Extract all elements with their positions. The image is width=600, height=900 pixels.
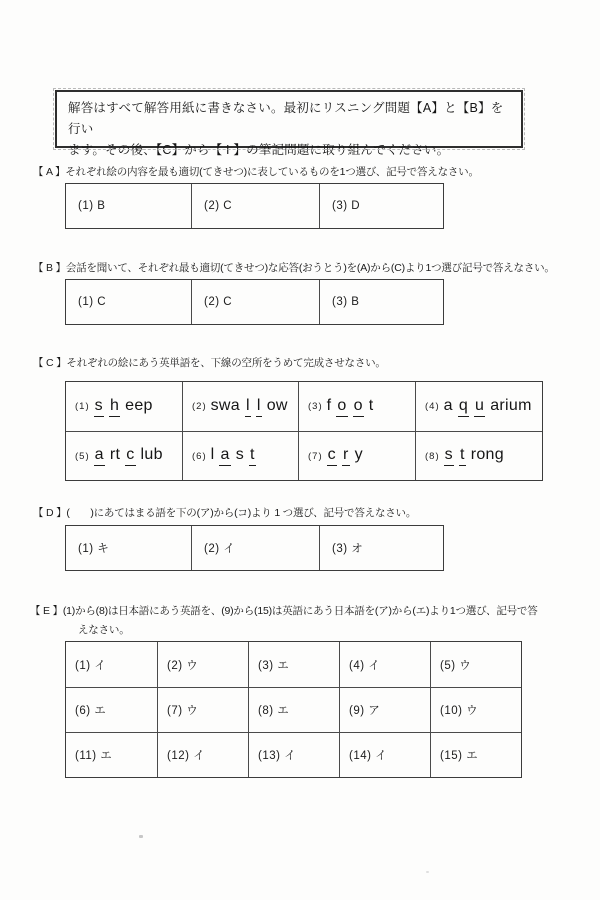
table-cell: (11) エ	[66, 732, 157, 777]
answer-table-e: (1) イ (2) ウ (3) エ (4) イ (5) ウ (6) エ (7) …	[65, 641, 522, 778]
filled-blank-letter: l	[256, 397, 262, 417]
table-cell: (1)sheep	[66, 382, 182, 431]
table-cell: (3) オ	[319, 526, 443, 570]
table-cell: (4) イ	[339, 642, 430, 687]
table-cell: (3) D	[319, 184, 443, 228]
word-fragment: swa	[211, 397, 240, 415]
answer-table-b: (1) C (2) C (3) B	[65, 279, 444, 325]
table-cell: (1) キ	[66, 526, 191, 570]
filled-blank-letter: c	[327, 446, 337, 466]
word-fragment: rt	[110, 446, 120, 464]
section-b-heading: 【 B 】会話を聞いて、それぞれ最も適切(てきせつ)な応答(おうとう)を(A)か…	[33, 260, 555, 275]
table-cell: (1) イ	[66, 642, 157, 687]
table-cell: (1) C	[66, 280, 191, 324]
table-cell: (5) ウ	[430, 642, 521, 687]
filled-blank-letter: t	[459, 446, 466, 466]
table-cell: (3)foot	[298, 382, 415, 431]
word-fragment: t	[369, 397, 374, 415]
section-e-heading-line2: えなさい。	[30, 621, 538, 640]
scanned-answer-sheet: 解答はすべて解答用紙に書きなさい。最初にリスニング問題【A】と【B】を行い ます…	[0, 0, 600, 900]
section-a-heading: 【 A 】それぞれ絵の内容を最も適切(てきせつ)に表しているものを1つ選び、記号…	[33, 164, 479, 179]
answer-word: foot	[327, 397, 374, 417]
word-fragment: y	[355, 446, 363, 464]
filled-blank-letter: s	[94, 397, 104, 417]
table-cell: (8) エ	[248, 687, 339, 732]
answer-word: last	[211, 446, 256, 466]
table-cell: (13) イ	[248, 732, 339, 777]
section-e-heading: 【 E 】(1)から(8)は日本語にあう英語を、(9)から(15)は英語にあう日…	[30, 602, 538, 640]
cell-number: (4)	[425, 401, 440, 412]
table-cell: (2)swallow	[182, 382, 298, 431]
answer-table-c: (1)sheep (2)swallow (3)foot (4)aquarium …	[65, 381, 543, 481]
table-cell: (12) イ	[157, 732, 248, 777]
word-fragment: f	[327, 397, 332, 415]
answer-table-a: (1) B (2) C (3) D	[65, 183, 444, 229]
table-cell: (2) ウ	[157, 642, 248, 687]
table-cell: (3) B	[319, 280, 443, 324]
cell-number: (5)	[75, 451, 90, 462]
table-cell: (7) ウ	[157, 687, 248, 732]
filled-blank-letter: a	[94, 446, 105, 466]
answer-word: strong	[444, 446, 504, 466]
section-e-heading-line1: 【 E 】(1)から(8)は日本語にあう英語を、(9)から(15)は英語にあう日…	[30, 605, 538, 617]
table-cell: (2) C	[191, 184, 319, 228]
table-cell: (14) イ	[339, 732, 430, 777]
answer-table-d: (1) キ (2) イ (3) オ	[65, 525, 444, 571]
table-cell: (15) エ	[430, 732, 521, 777]
table-cell: (5)artclub	[66, 431, 182, 480]
answer-word: cry	[327, 446, 363, 466]
cell-number: (6)	[192, 451, 207, 462]
table-cell: (3) エ	[248, 642, 339, 687]
filled-blank-letter: h	[109, 397, 120, 417]
table-cell: (9) ア	[339, 687, 430, 732]
notice-line-2: ます。その後、【C】から【 I 】の筆記問題に取り組んでください。	[68, 140, 510, 161]
filled-blank-letter: s	[444, 446, 454, 466]
filled-blank-letter: o	[353, 397, 364, 417]
answer-word: aquarium	[444, 397, 532, 417]
filled-blank-letter: u	[474, 397, 485, 417]
table-cell: (2) イ	[191, 526, 319, 570]
filled-blank-letter: l	[245, 397, 251, 417]
table-cell: (6) エ	[66, 687, 157, 732]
cell-number: (1)	[75, 401, 90, 412]
answer-word: swallow	[211, 397, 288, 417]
answer-word: sheep	[94, 397, 153, 417]
table-cell: (10) ウ	[430, 687, 521, 732]
word-fragment: a	[444, 397, 453, 415]
word-fragment: ow	[267, 397, 288, 415]
word-fragment: s	[236, 446, 244, 464]
table-cell: (2) C	[191, 280, 319, 324]
word-fragment: lub	[141, 446, 163, 464]
filled-blank-letter: t	[249, 446, 256, 466]
table-cell: (7)cry	[298, 431, 415, 480]
scan-speck	[426, 871, 429, 873]
filled-blank-letter: c	[125, 446, 135, 466]
cell-number: (8)	[425, 451, 440, 462]
table-cell: (6)last	[182, 431, 298, 480]
table-cell: (8)strong	[415, 431, 542, 480]
section-d-heading: 【 D 】( )にあてはまる語を下の(ア)から(コ)より 1 つ選び、記号で答え…	[33, 505, 416, 520]
filled-blank-letter: o	[336, 397, 347, 417]
table-cell: (1) B	[66, 184, 191, 228]
word-fragment: l	[211, 446, 215, 464]
notice-box: 解答はすべて解答用紙に書きなさい。最初にリスニング問題【A】と【B】を行い ます…	[55, 90, 523, 148]
cell-number: (2)	[192, 401, 207, 412]
section-c-heading: 【 C 】それぞれの絵にあう英単語を、下線の空所をうめて完成させなさい。	[33, 355, 386, 370]
cell-number: (7)	[308, 451, 323, 462]
cell-number: (3)	[308, 401, 323, 412]
filled-blank-letter: r	[342, 446, 350, 466]
scan-speck	[139, 835, 143, 838]
filled-blank-letter: q	[458, 397, 469, 417]
word-fragment: rong	[471, 446, 504, 464]
table-cell: (4)aquarium	[415, 382, 542, 431]
word-fragment: arium	[490, 397, 532, 415]
notice-line-1: 解答はすべて解答用紙に書きなさい。最初にリスニング問題【A】と【B】を行い	[68, 98, 510, 140]
answer-word: artclub	[94, 446, 163, 466]
filled-blank-letter: a	[219, 446, 230, 466]
word-fragment: eep	[125, 397, 153, 415]
